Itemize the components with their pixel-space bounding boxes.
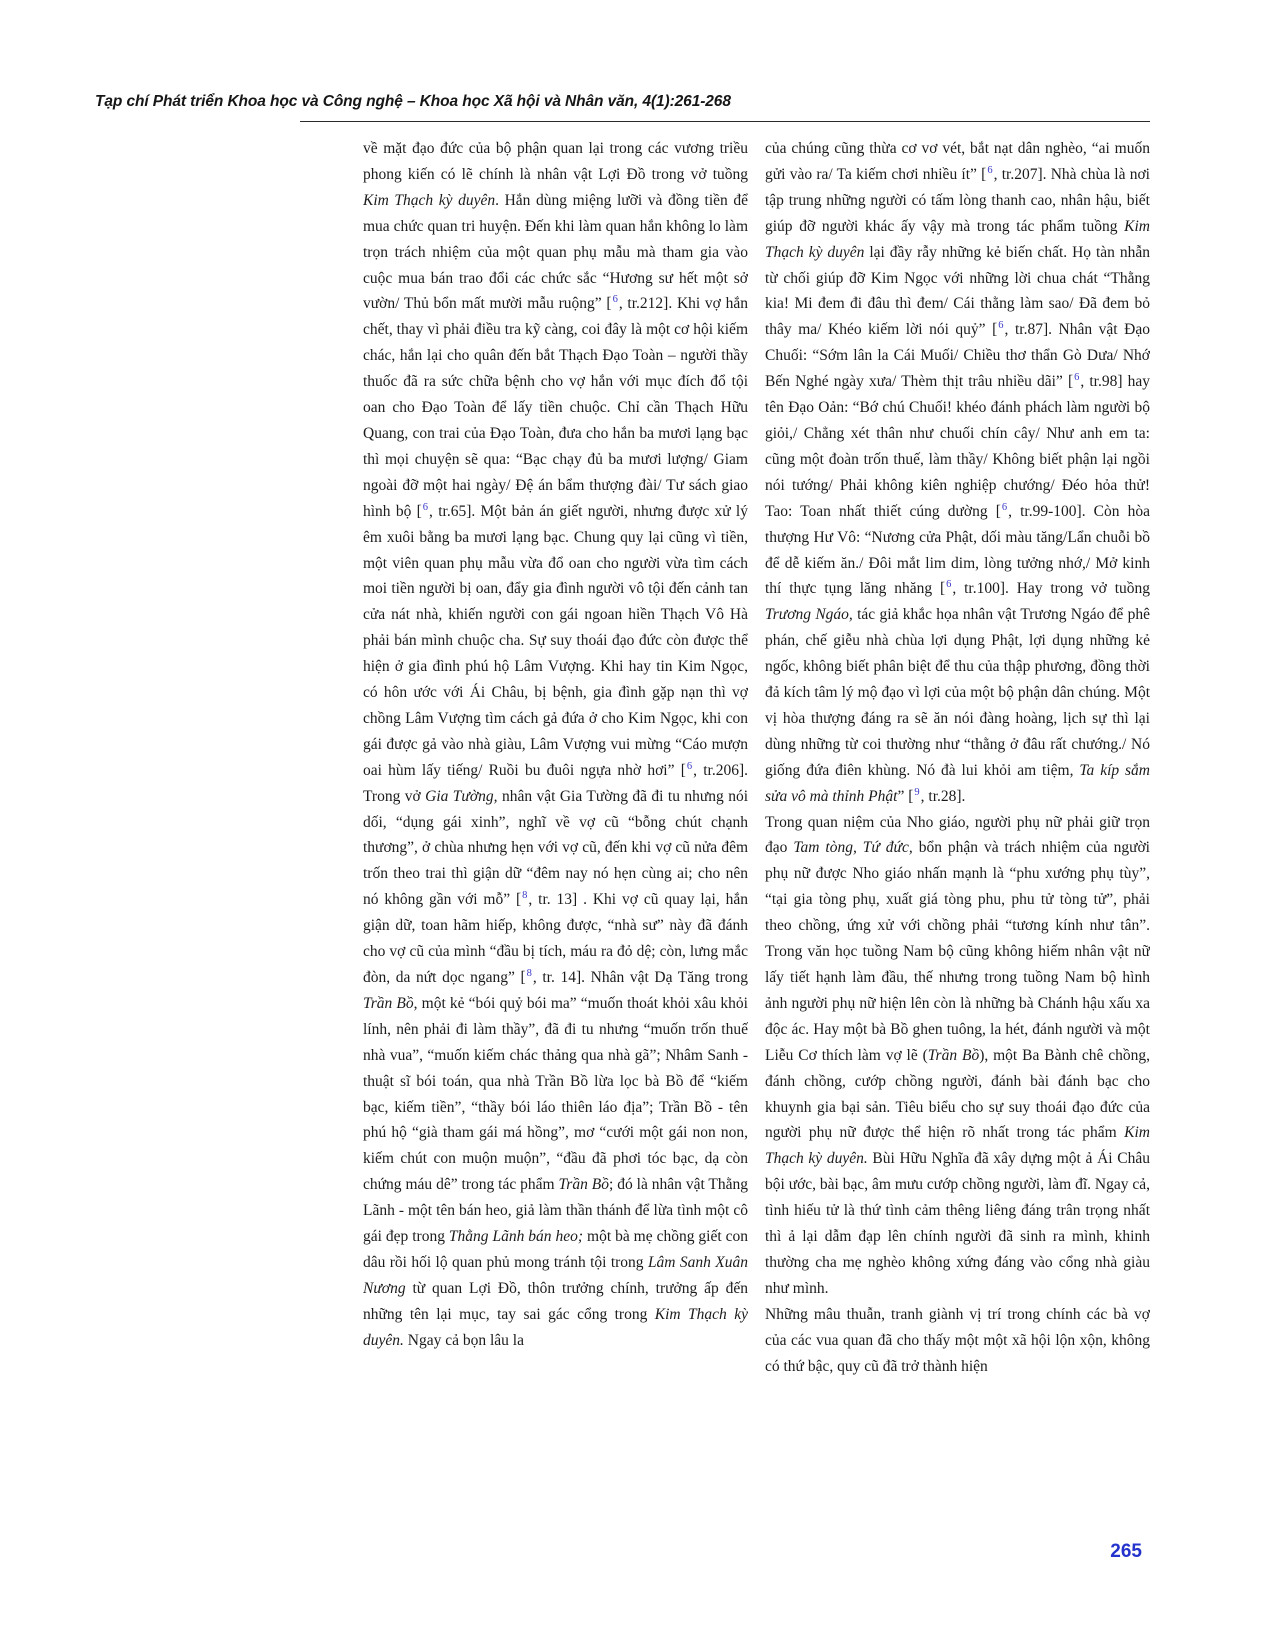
citation-ref[interactable]: 6 <box>1073 372 1080 383</box>
citation-ref[interactable]: 6 <box>945 579 952 590</box>
work-title: Thằng Lãnh bán heo; <box>449 1228 583 1245</box>
citation-ref[interactable]: 6 <box>686 761 693 772</box>
journal-page: Tạp chí Phát triển Khoa học và Công nghệ… <box>0 0 1276 1649</box>
right-column: của chúng cũng thừa cơ vơ vét, bắt nạt d… <box>765 136 1150 1496</box>
work-title: Kim Thạch kỳ duyên <box>363 192 495 209</box>
two-column-body: về mặt đạo đức của bộ phận quan lại tron… <box>363 136 1150 1496</box>
work-title: Kim Thạch kỳ duyên <box>765 218 1150 261</box>
work-title: Tam tòng, Tứ đức, <box>793 839 912 856</box>
citation-ref[interactable]: 6 <box>612 294 619 305</box>
work-title: Gia Tường, <box>425 788 497 805</box>
header-rule <box>300 121 1150 122</box>
citation-ref[interactable]: 6 <box>422 502 429 513</box>
work-title: Kim Thạch kỳ duyên. <box>765 1124 1150 1167</box>
paragraph: của chúng cũng thừa cơ vơ vét, bắt nạt d… <box>765 136 1150 810</box>
running-header: Tạp chí Phát triển Khoa học và Công nghệ… <box>95 93 1155 127</box>
citation-ref[interactable]: 8 <box>526 968 533 979</box>
page-number: 265 <box>1110 1541 1142 1563</box>
work-title: Lâm Sanh Xuân Nương <box>363 1254 748 1297</box>
citation-ref[interactable]: 6 <box>997 320 1004 331</box>
citation-ref[interactable]: 6 <box>986 165 993 176</box>
paragraph: Trong quan niệm của Nho giáo, người phụ … <box>765 810 1150 1302</box>
paragraph: Những mâu thuẫn, tranh giành vị trí tron… <box>765 1302 1150 1380</box>
work-title: Trần Bồ <box>363 995 414 1012</box>
left-column: về mặt đạo đức của bộ phận quan lại tron… <box>363 136 748 1496</box>
work-title: Trương Ngáo, <box>765 606 853 623</box>
paragraph: về mặt đạo đức của bộ phận quan lại tron… <box>363 136 748 1354</box>
work-title: Ta kíp sắm sửa vô mà thỉnh Phật <box>765 762 1150 805</box>
work-title: Kim Thạch kỳ duyên. <box>363 1306 748 1349</box>
citation-ref[interactable]: 8 <box>521 890 528 901</box>
journal-header-title: Tạp chí Phát triển Khoa học và Công nghệ… <box>95 93 1155 111</box>
citation-ref[interactable]: 9 <box>913 787 920 798</box>
work-title: Trần Bồ <box>928 1047 979 1064</box>
citation-ref[interactable]: 6 <box>1001 502 1008 513</box>
work-title: Trần Bồ <box>559 1176 609 1193</box>
